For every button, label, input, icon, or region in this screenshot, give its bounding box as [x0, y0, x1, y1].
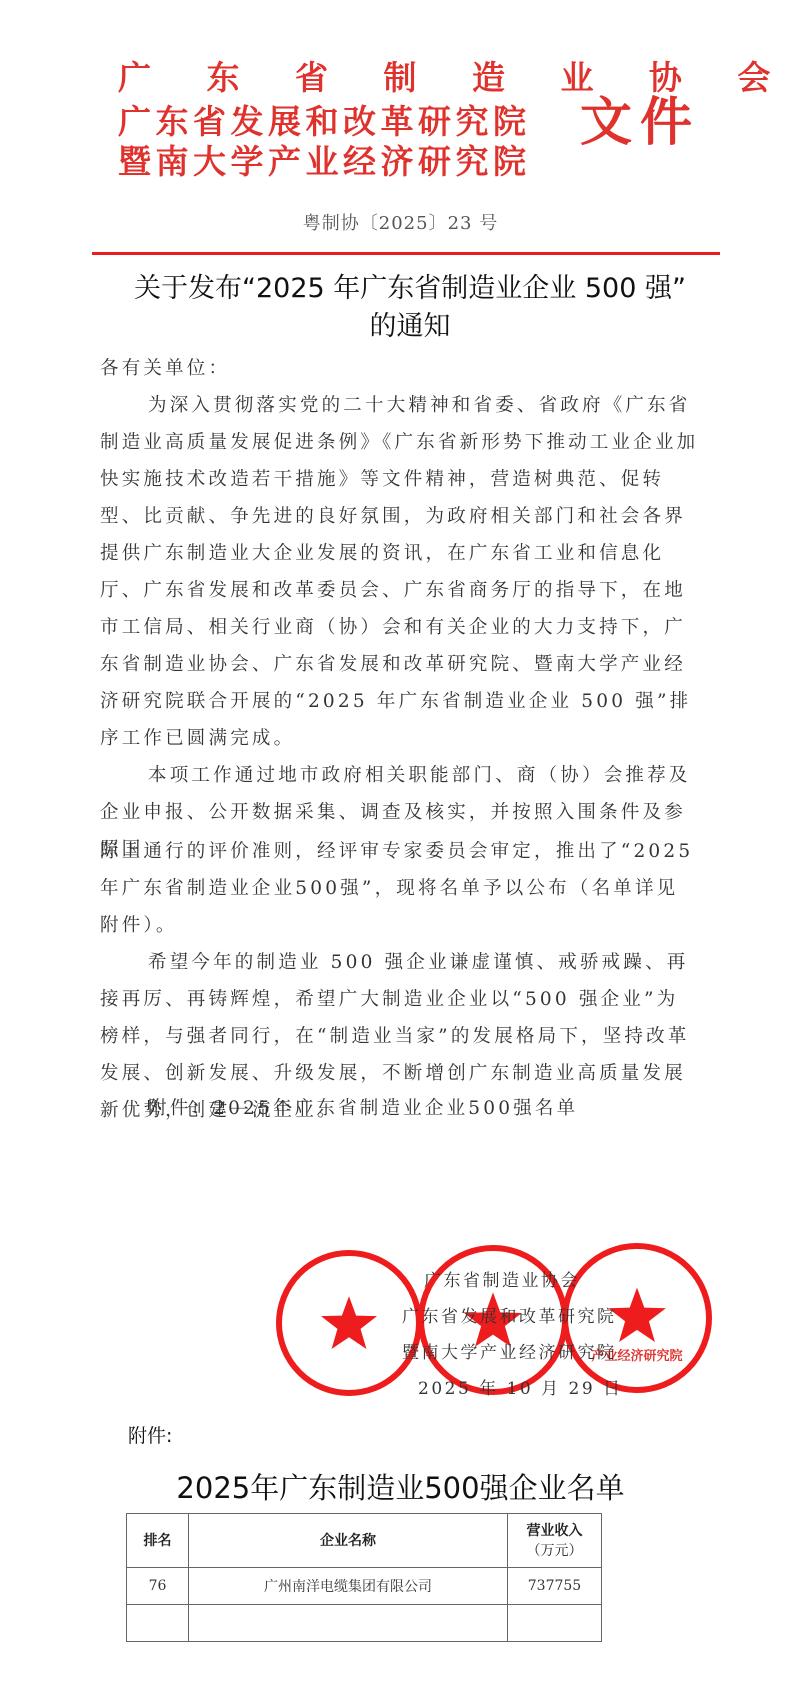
notice-title: 关于发布“2025 年广东省制造业企业 500 强” 的通知 — [90, 270, 730, 346]
cell-revenue: 737755 — [508, 1568, 602, 1605]
signature-org-3: 暨南大学产业经济研究院 — [402, 1338, 617, 1363]
signature-org-1: 广东省制造业协会 — [424, 1266, 580, 1291]
salutation: 各有关单位： — [100, 350, 700, 387]
notice-title-line-1: 关于发布“2025 年广东省制造业企业 500 强” — [90, 270, 730, 308]
cell-rank: 76 — [127, 1568, 189, 1605]
paragraph-1: 为深入贯彻落实党的二十大精神和省委、省政府《广东省制造业高质量发展促进条例》《广… — [100, 387, 700, 757]
notice-body-continued: 际上通行的评价准则，经评审专家委员会审定，推出了“2025年广东省制造业企业50… — [100, 833, 700, 1129]
column-header-company: 企业名称 — [189, 1514, 508, 1568]
column-header-revenue-label: 营业收入 — [508, 1521, 601, 1541]
ranking-table: 排名 企业名称 营业收入 （万元） 76 广州南洋电缆集团有限公司 737755 — [126, 1513, 602, 1642]
cell-company: 广州南洋电缆集团有限公司 — [189, 1568, 508, 1605]
issuer-line-2: 广东省发展和改革研究院 — [118, 102, 531, 142]
column-header-revenue: 营业收入 （万元） — [508, 1514, 602, 1568]
notice-body: 各有关单位： 为深入贯彻落实党的二十大精神和省委、省政府《广东省制造业高质量发展… — [100, 350, 700, 868]
document-type: 文件 — [580, 93, 700, 153]
table-header-row: 排名 企业名称 营业收入 （万元） — [127, 1514, 602, 1568]
notice-title-line-2: 的通知 — [90, 308, 730, 346]
paragraph-2-continued: 际上通行的评价准则，经评审专家委员会审定，推出了“2025年广东省制造业企业50… — [100, 833, 700, 944]
signature-date: 2025 年 10 月 29 日 — [418, 1374, 623, 1399]
column-header-revenue-unit: （万元） — [508, 1541, 601, 1561]
red-star-icon — [282, 1256, 416, 1390]
table-row-truncated — [127, 1605, 602, 1642]
annex-label: 附件: — [128, 1421, 172, 1448]
seal-manufacturing-association — [276, 1250, 422, 1396]
issuer-line-3: 暨南大学产业经济研究院 — [118, 142, 531, 182]
annex-title: 2025年广东制造业500强企业名单 — [0, 1466, 801, 1507]
red-divider — [92, 252, 720, 255]
table-row: 76 广州南洋电缆集团有限公司 737755 — [127, 1568, 602, 1605]
signature-org-2: 广东省发展和改革研究院 — [402, 1302, 617, 1327]
attachment-reference: 附件：2025年广东省制造业企业500强名单 — [148, 1090, 708, 1127]
document-number: 粤制协〔2025〕23 号 — [0, 209, 801, 235]
column-header-rank: 排名 — [127, 1514, 189, 1568]
